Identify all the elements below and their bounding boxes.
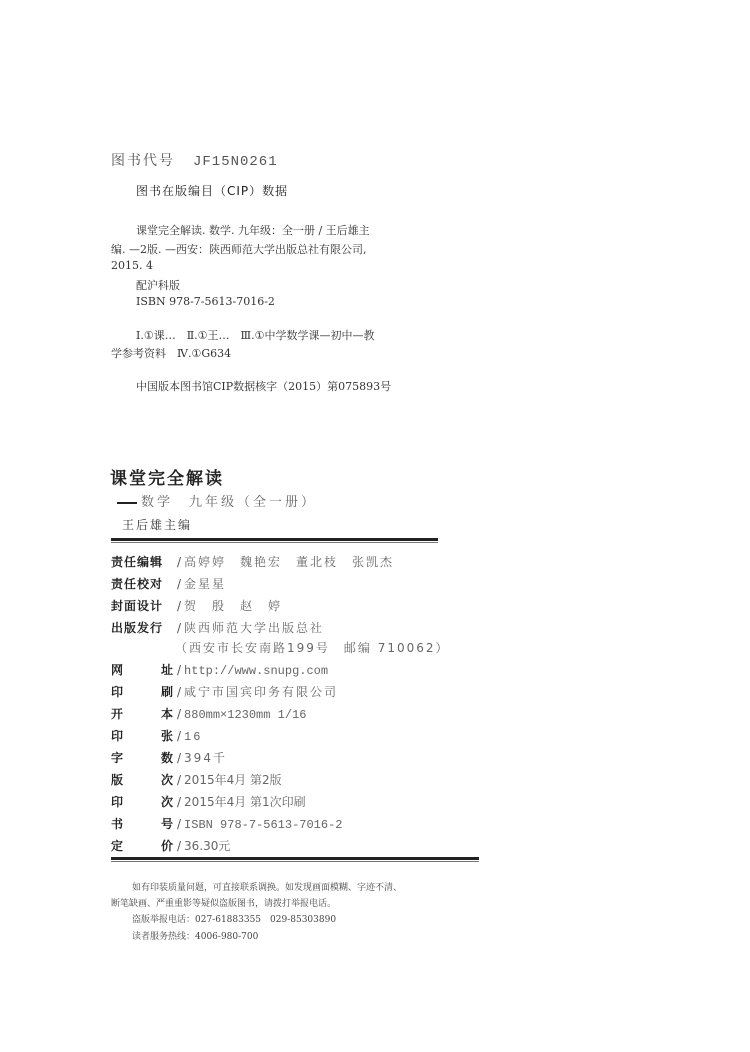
cip-line: 学参考资料 Ⅳ.①G634 [111,345,231,361]
cip-line: 2015. 4 [111,259,153,272]
info-value: 高婷婷 魏艳宏 董北枝 张凯杰 [184,555,394,569]
info-value: 咸宁市国宾印务有限公司 [184,685,338,699]
info-row-price: 定价/36.30元 [111,837,230,855]
info-row-editors: 责任编辑/高婷婷 魏艳宏 董北枝 张凯杰 [111,553,394,571]
info-label: 出版发行 [111,619,174,636]
reader-service-hotline: 读者服务热线：4006-980-700 [132,929,258,942]
info-value: 394千 [184,751,227,765]
info-label: 印张 [111,727,174,744]
cip-line: 配沪科版 [136,277,180,293]
info-row-publisher: 出版发行/陕西师范大学出版总社 [111,619,324,637]
lower-double-rule [111,857,479,862]
cip-verification: 中国版本图书馆CIP数据核字（2015）第075893号 [136,378,391,394]
info-label: 网址 [111,661,174,678]
info-label: 定价 [111,837,174,854]
info-label: 责任校对 [111,575,174,592]
separator: / [177,621,181,635]
info-value: 贺 殷 赵 婷 [184,599,282,613]
info-row-format: 开本/880mm×1230mm 1/16 [111,705,306,723]
info-value: 36.30元 [184,839,230,853]
cip-title: 图书在版编目（CIP）数据 [136,182,288,199]
info-label: 印刷 [111,683,174,700]
separator: / [177,707,181,721]
separator: / [177,555,181,569]
cip-line: Ⅰ.①课… Ⅱ.①王… Ⅲ.①中学数学课—初中—教 [136,327,375,343]
info-row-website: 网址/http://www.snupg.com [111,661,328,679]
info-label: 责任编辑 [111,553,174,570]
separator: / [177,599,181,613]
book-code: 图书代号JF15N0261 [111,150,278,170]
notice-line: 断笔缺画、严重重影等疑似盗版图书，请拨打举报电话。 [111,896,336,909]
info-label: 印次 [111,793,174,810]
cip-line: 课堂完全解读. 数学. 九年级：全一册 / 王后雄主 [136,222,370,238]
dash-decoration [117,502,137,504]
info-value: 2015年4月 第1次印刷 [184,795,306,809]
info-value: 金星星 [184,577,226,591]
info-row-printer: 印刷/咸宁市国宾印务有限公司 [111,683,338,701]
book-code-value: JF15N0261 [193,154,278,170]
info-row-isbn: 书号/ISBN 978-7-5613-7016-2 [111,815,342,833]
book-title: 课堂完全解读 [110,464,224,489]
book-subtitle-text: 数学 九年级（全一册） [141,495,317,510]
separator: / [177,729,181,743]
info-row-word-count: 字数/394千 [111,749,227,767]
info-label: 开本 [111,705,174,722]
info-row-sheets: 印张/16 [111,727,202,745]
info-value: 2015年4月 第2版 [184,773,282,787]
website-link[interactable]: http://www.snupg.com [184,664,328,678]
info-value: （西安市长安南路199号 邮编 710062） [175,641,450,655]
cip-isbn: ISBN 978-7-5613-7016-2 [136,295,275,308]
separator: / [177,773,181,787]
notice-line: 如有印装质量问题，可直接联系调换。如发现画面模糊、字迹不清、 [132,880,402,893]
info-row-publisher-address: （西安市长安南路199号 邮编 710062） [175,639,450,657]
info-value: 880mm×1230mm 1/16 [184,708,306,722]
info-label: 书号 [111,815,174,832]
book-editor: 王后雄主编 [122,516,192,533]
info-label: 字数 [111,749,174,766]
anti-piracy-hotline: 盗版举报电话：027-61883355 029-85303890 [132,912,336,925]
info-row-cover-design: 封面设计/贺 殷 赵 婷 [111,597,282,615]
info-value: ISBN 978-7-5613-7016-2 [184,818,342,832]
upper-double-rule [111,538,438,543]
separator: / [177,751,181,765]
book-subtitle: 数学 九年级（全一册） [117,491,317,510]
cip-line: 编. —2版. —西安：陕西师范大学出版总社有限公司, [111,241,366,257]
separator: / [177,577,181,591]
info-row-proofreader: 责任校对/金星星 [111,575,226,593]
info-row-printing: 印次/2015年4月 第1次印刷 [111,793,306,811]
book-code-label: 图书代号 [111,153,175,169]
info-label: 封面设计 [111,597,174,614]
info-value: 陕西师范大学出版总社 [184,621,324,635]
info-row-edition: 版次/2015年4月 第2版 [111,771,282,789]
info-label: 版次 [111,771,174,788]
separator: / [177,795,181,809]
separator: / [177,685,181,699]
separator: / [177,663,181,677]
separator: / [177,839,181,853]
info-value: 16 [184,730,202,744]
separator: / [177,817,181,831]
